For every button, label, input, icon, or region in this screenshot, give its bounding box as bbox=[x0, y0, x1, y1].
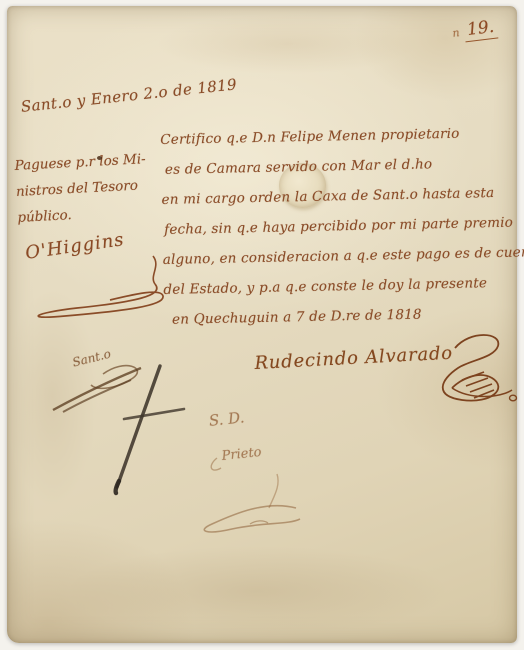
alvarado-rubric-flourish bbox=[400, 328, 520, 413]
faint-note-initials: S. D. bbox=[208, 408, 245, 430]
date-line: Sant.o y Enero 2.o de 1819 bbox=[20, 75, 238, 116]
paper-stain-top bbox=[157, 14, 417, 74]
scan-backdrop: n19. Sant.o y Enero 2.o de 1819 Paguese … bbox=[0, 0, 524, 650]
certificate-body: Certifico q.e D.n Felipe Menen propietar… bbox=[160, 117, 524, 335]
margin-order-line: público. bbox=[17, 198, 149, 231]
paper-stain-bottom bbox=[67, 546, 447, 636]
folio-value: 19. bbox=[463, 16, 498, 42]
bottom-flourish bbox=[192, 498, 307, 538]
manuscript-page: n19. Sant.o y Enero 2.o de 1819 Paguese … bbox=[7, 6, 517, 643]
folio-number: n19. bbox=[451, 16, 498, 41]
cross-mark bbox=[102, 361, 197, 496]
ink-blot bbox=[97, 156, 102, 160]
margin-payment-order: Paguese p.r los Mi- nistros del Tesoro p… bbox=[14, 146, 149, 231]
ohiggins-paraph-flourish bbox=[15, 254, 180, 329]
folio-prefix: n bbox=[452, 26, 461, 40]
